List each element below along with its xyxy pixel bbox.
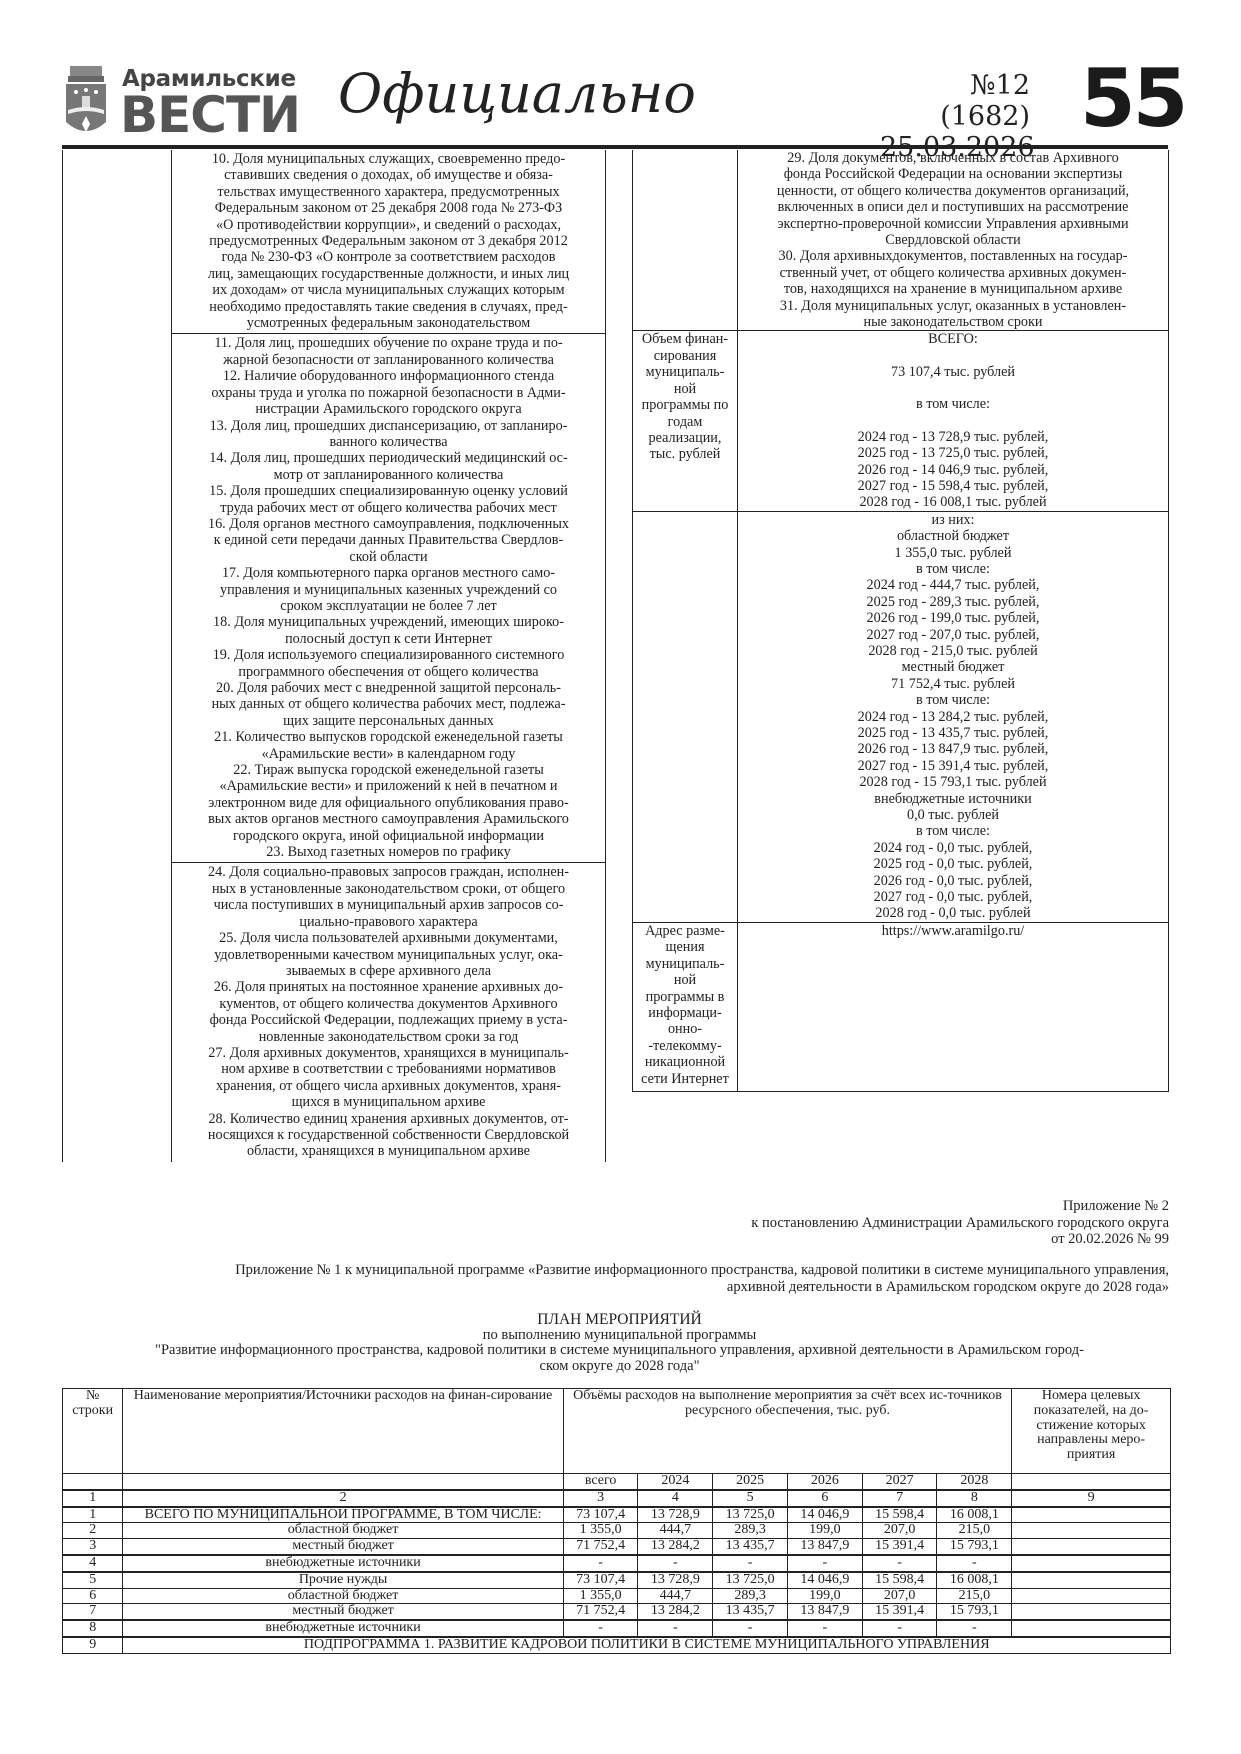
indicator-text-line: ставивших сведения о доходах, об имущест… bbox=[175, 167, 602, 183]
indicator-text-line: ценности, от общего количества документо… bbox=[740, 183, 1166, 199]
column-number-cell: 8 bbox=[937, 1490, 1012, 1507]
indicator-text-line: области, хранящихся в муниципальном архи… bbox=[175, 1143, 602, 1159]
subprogram-row: 9ПОДПРОГРАММА 1. РАЗВИТИЕ КАДРОВОЙ ПОЛИТ… bbox=[63, 1637, 1171, 1653]
year-header-cell: всего bbox=[563, 1474, 638, 1490]
value-cell: 199,0 bbox=[787, 1523, 862, 1539]
column-number-cell: 9 bbox=[1012, 1490, 1171, 1507]
indicator-text-line: 13. Доля лиц, прошедших диспансеризацию,… bbox=[175, 418, 602, 434]
indicator-text-line: тельствах имущественного характера, пред… bbox=[175, 184, 602, 200]
table-row: 7местный бюджет71 752,413 284,213 435,71… bbox=[63, 1604, 1171, 1620]
row-number-cell: 5 bbox=[63, 1572, 123, 1588]
label-line: программы по bbox=[635, 397, 735, 413]
indicator-text-line: 23. Выход газетных номеров по графику bbox=[175, 844, 602, 860]
indicator-text-line: зываемых в сфере архивного дела bbox=[175, 963, 602, 979]
indicator-text-line: охраны труда и уголка по пожарной безопа… bbox=[175, 385, 602, 401]
label-line: Адрес разме- bbox=[635, 923, 735, 939]
indicator-text-line: 26. Доля принятых на постоянное хранение… bbox=[175, 979, 602, 995]
table-header-row: № строки Наименование мероприятия/Источн… bbox=[63, 1389, 1171, 1474]
page-number: 55 bbox=[1080, 52, 1185, 145]
indicator-text-line: полосный доступ к сети Интернет bbox=[175, 631, 602, 647]
table-row: 5Прочие нужды73 107,413 728,913 725,014 … bbox=[63, 1572, 1171, 1588]
row-name-cell: внебюджетные источники bbox=[123, 1620, 563, 1637]
value-cell: 15 793,1 bbox=[937, 1539, 1012, 1555]
row-number-cell: 6 bbox=[63, 1588, 123, 1604]
value-cell: - bbox=[937, 1555, 1012, 1572]
funding-incl-label: в том числе: bbox=[740, 396, 1166, 412]
column-number-row: 123456789 bbox=[63, 1490, 1171, 1507]
value-cell: 13 435,7 bbox=[713, 1539, 788, 1555]
header-name: Наименование мероприятия/Источники расхо… bbox=[123, 1389, 563, 1474]
funding-source-line: 2028 год - 215,0 тыс. рублей bbox=[740, 643, 1166, 659]
indicator-text-line: 27. Доля архивных документов, хранящихся… bbox=[175, 1045, 602, 1061]
column-number-cell: 5 bbox=[713, 1490, 788, 1507]
table-row: 3местный бюджет71 752,413 284,213 435,71… bbox=[63, 1539, 1171, 1555]
value-cell: - bbox=[713, 1620, 788, 1637]
indicator-text-line: кументов, от общего количества документо… bbox=[175, 996, 602, 1012]
label-line: -телекомму- bbox=[635, 1038, 735, 1054]
funding-sources-cell: из них:областной бюджет1 355,0 тыс. рубл… bbox=[738, 511, 1169, 922]
funding-source-line: в том числе: bbox=[740, 823, 1166, 839]
value-cell: 16 008,1 bbox=[937, 1507, 1012, 1523]
targets-cell bbox=[1012, 1555, 1171, 1572]
indicator-text-line: 19. Доля используемого специализированно… bbox=[175, 647, 602, 663]
label-line: никационной bbox=[635, 1054, 735, 1070]
appendix-1-header: Приложение № 1 к муниципальной программе… bbox=[70, 1262, 1169, 1296]
row-number-cell: 2 bbox=[63, 1523, 123, 1539]
city-crest-icon bbox=[64, 64, 108, 140]
indicator-text-line: включенных в описи дел и поступивших на … bbox=[740, 199, 1166, 215]
table-row: 10. Доля муниципальных служащих, своевре… bbox=[63, 150, 606, 334]
label-line: муниципаль- bbox=[635, 956, 735, 972]
indicator-text-line: ные законодательством сроки bbox=[740, 314, 1166, 330]
indicator-text-line: Свердловской области bbox=[740, 232, 1166, 248]
empty-label-cell bbox=[633, 150, 738, 331]
value-cell: 14 046,9 bbox=[787, 1572, 862, 1588]
indicator-text-line: ванного количества bbox=[175, 434, 602, 450]
funding-source-line: 2025 год - 13 435,7 тыс. рублей, bbox=[740, 725, 1166, 741]
label-line: онно- bbox=[635, 1021, 735, 1037]
indicator-text-line: 15. Доля прошедших специализированную оц… bbox=[175, 483, 602, 499]
indicator-text-line: 21. Количество выпусков городской еженед… bbox=[175, 729, 602, 745]
value-cell: 73 107,4 bbox=[563, 1572, 638, 1588]
table-row: 1ВСЕГО ПО МУНИЦИПАЛЬНОЙ ПРОГРАММЕ, В ТОМ… bbox=[63, 1507, 1171, 1523]
indicator-text-line: щихся в муниципальном архиве bbox=[175, 1094, 602, 1110]
funding-source-line: 2025 год - 0,0 тыс. рублей, bbox=[740, 856, 1166, 872]
address-label-cell: Адрес разме-щениямуниципаль-нойпрограммы… bbox=[633, 922, 738, 1091]
table-year-header-row: всего20242025202620272028 bbox=[63, 1474, 1171, 1490]
appendix-line: от 20.02.2026 № 99 bbox=[751, 1231, 1169, 1248]
subprogram-title-cell: ПОДПРОГРАММА 1. РАЗВИТИЕ КАДРОВОЙ ПОЛИТИ… bbox=[123, 1637, 1171, 1653]
empty-label-cell bbox=[633, 511, 738, 922]
indicator-text-line: труда рабочих мест от общего количества … bbox=[175, 500, 602, 516]
indicator-text-line: нистрации Арамильского городского округа bbox=[175, 401, 602, 417]
value-cell: 215,0 bbox=[937, 1588, 1012, 1604]
indicator-text-line: предусмотренных Федеральным законом от 3… bbox=[175, 233, 602, 249]
funding-source-line: 2028 год - 15 793,1 тыс. рублей bbox=[740, 774, 1166, 790]
targets-cell bbox=[1012, 1604, 1171, 1620]
indicator-text-line: 18. Доля муниципальных учреждений, имеющ… bbox=[175, 614, 602, 630]
funding-source-line: областной бюджет bbox=[740, 528, 1166, 544]
table-row: 29. Доля документов, включенных в состав… bbox=[633, 150, 1169, 331]
targets-cell bbox=[1012, 1523, 1171, 1539]
appendix-line: Приложение № 2 bbox=[751, 1198, 1169, 1215]
label-line: муниципаль- bbox=[635, 364, 735, 380]
target-indicators-table-left: 10. Доля муниципальных служащих, своевре… bbox=[62, 150, 606, 1162]
appendix-line: Приложение № 1 к муниципальной программе… bbox=[70, 1262, 1169, 1279]
row-name-cell: ВСЕГО ПО МУНИЦИПАЛЬНОЙ ПРОГРАММЕ, В ТОМ … bbox=[123, 1507, 563, 1523]
value-cell: 289,3 bbox=[713, 1523, 788, 1539]
column-number-cell: 6 bbox=[787, 1490, 862, 1507]
indicator-text-line: лиц, замещающих государственные должност… bbox=[175, 266, 602, 282]
indicator-text-line: управления и муниципальных казенных учре… bbox=[175, 582, 602, 598]
indicator-text-line: усмотренных федеральным законодательство… bbox=[175, 315, 602, 331]
indicator-text-line: 11. Доля лиц, прошедших обучение по охра… bbox=[175, 335, 602, 351]
indicator-text-line: щих защите персональных данных bbox=[175, 713, 602, 729]
value-cell: 199,0 bbox=[787, 1588, 862, 1604]
label-line: Объем финан- bbox=[635, 331, 735, 347]
indicator-text-line: «О противодействии коррупции», и сведени… bbox=[175, 217, 602, 233]
indicator-text-line: фонда Российской Федерации, подлежащих п… bbox=[175, 1012, 602, 1028]
value-cell: - bbox=[638, 1620, 713, 1637]
column-number-cell: 4 bbox=[638, 1490, 713, 1507]
value-cell: 215,0 bbox=[937, 1523, 1012, 1539]
header-row-no: № строки bbox=[63, 1389, 123, 1474]
targets-cell bbox=[1012, 1588, 1171, 1604]
indicator-text-line: числа поступивших в муниципальный архив … bbox=[175, 897, 602, 913]
indicator-text-line: года № 230-ФЗ «О контроле за соответстви… bbox=[175, 249, 602, 265]
table-row: Адрес разме-щениямуниципаль-нойпрограммы… bbox=[633, 922, 1169, 1091]
indicator-text-line: необходимо предоставлять такие сведения … bbox=[175, 299, 602, 315]
empty-label-cell bbox=[63, 863, 172, 1162]
funding-year-line: 2025 год - 13 725,0 тыс. рублей, bbox=[740, 445, 1166, 461]
program-name-line: "Развитие информационного пространства, … bbox=[70, 1343, 1169, 1359]
indicator-text-line: 16. Доля органов местного самоуправления… bbox=[175, 516, 602, 532]
funding-label-cell: Объем финан-сированиямуниципаль-нойпрогр… bbox=[633, 331, 738, 511]
label-line: ной bbox=[635, 381, 735, 397]
table-row: из них:областной бюджет1 355,0 тыс. рубл… bbox=[633, 511, 1169, 922]
value-cell: 13 284,2 bbox=[638, 1604, 713, 1620]
indicator-text-line: циально-правового характера bbox=[175, 914, 602, 930]
appendix-line: к постановлению Администрации Арамильско… bbox=[751, 1215, 1169, 1232]
empty-cell bbox=[123, 1474, 563, 1490]
value-cell: 15 391,4 bbox=[862, 1604, 937, 1620]
header-targets: Номера целевых показателей, на до-стижен… bbox=[1012, 1389, 1171, 1474]
value-cell: - bbox=[638, 1555, 713, 1572]
empty-label-cell bbox=[63, 150, 172, 334]
indicator-text-line: новленные законодательством сроки за год bbox=[175, 1029, 602, 1045]
indicator-text-line: ном архиве в соответствии с требованиями… bbox=[175, 1061, 602, 1077]
targets-cell bbox=[1012, 1507, 1171, 1523]
row-name-cell: местный бюджет bbox=[123, 1604, 563, 1620]
row-number-cell: 7 bbox=[63, 1604, 123, 1620]
masthead: Арамильские ВЕСТИ Официально №12 (1682) … bbox=[60, 58, 1170, 148]
funding-total-cell: ВСЕГО: 73 107,4 тыс. рублей в том числе:… bbox=[738, 331, 1169, 511]
indicator-text-line: 30. Доля архивныхдокументов, поставленны… bbox=[740, 248, 1166, 264]
section-title: Официально bbox=[338, 62, 696, 125]
funding-source-line: 2026 год - 13 847,9 тыс. рублей, bbox=[740, 741, 1166, 757]
appendix-2-header: Приложение № 2к постановлению Администра… bbox=[751, 1198, 1169, 1248]
indicator-text-line: экспертно-проверочной комиссии Управлени… bbox=[740, 216, 1166, 232]
row-number-cell: 1 bbox=[63, 1507, 123, 1523]
value-cell: 13 725,0 bbox=[713, 1507, 788, 1523]
plan-heading: ПЛАН МЕРОПРИЯТИЙ по выполнению муниципал… bbox=[70, 1312, 1169, 1374]
targets-cell bbox=[1012, 1620, 1171, 1637]
indicator-text-line: 20. Доля рабочих мест с внедренной защит… bbox=[175, 680, 602, 696]
funding-source-line: местный бюджет bbox=[740, 659, 1166, 675]
value-cell: - bbox=[713, 1555, 788, 1572]
funding-source-line: 2026 год - 199,0 тыс. рублей, bbox=[740, 610, 1166, 626]
indicator-text-line: Федеральным законом от 25 декабря 2008 г… bbox=[175, 200, 602, 216]
program-name-line: ском округе до 2028 года" bbox=[70, 1359, 1169, 1375]
value-cell: 15 793,1 bbox=[937, 1604, 1012, 1620]
indicator-text-line: их доходам» от числа муниципальных служа… bbox=[175, 282, 602, 298]
indicator-text-line: хранения, от общего числа архивных докум… bbox=[175, 1078, 602, 1094]
table-row: 2областной бюджет1 355,0444,7289,3199,02… bbox=[63, 1523, 1171, 1539]
plan-subtitle: по выполнению муниципальной программы bbox=[70, 1328, 1169, 1344]
indicator-text-line: 25. Доля числа пользователей архивными д… bbox=[175, 930, 602, 946]
value-cell: - bbox=[563, 1555, 638, 1572]
value-cell: 71 752,4 bbox=[563, 1539, 638, 1555]
issue-number: №12 (1682) bbox=[880, 70, 1030, 132]
value-cell: - bbox=[787, 1620, 862, 1637]
funding-source-line: 2026 год - 0,0 тыс. рублей, bbox=[740, 873, 1166, 889]
value-cell: - bbox=[787, 1555, 862, 1572]
row-name-cell: областной бюджет bbox=[123, 1588, 563, 1604]
indicator-text-line: 28. Количество единиц хранения архивных … bbox=[175, 1111, 602, 1127]
value-cell: 13 725,0 bbox=[713, 1572, 788, 1588]
funding-source-line: в том числе: bbox=[740, 692, 1166, 708]
indicator-text-line: 24. Доля социально-правовых запросов гра… bbox=[175, 864, 602, 880]
header-divider bbox=[62, 145, 1168, 149]
table-row: 24. Доля социально-правовых запросов гра… bbox=[63, 863, 606, 1162]
year-header-cell: 2025 bbox=[713, 1474, 788, 1490]
row-number-cell: 3 bbox=[63, 1539, 123, 1555]
table-row: 4внебюджетные источники------ bbox=[63, 1555, 1171, 1572]
label-line: информаци- bbox=[635, 1005, 735, 1021]
funding-source-line: 0,0 тыс. рублей bbox=[740, 807, 1166, 823]
indicator-text-line: ных в установленные законодательством ср… bbox=[175, 881, 602, 897]
funding-source-line: 2024 год - 13 284,2 тыс. рублей, bbox=[740, 709, 1166, 725]
table-row: 6областной бюджет1 355,0444,7289,3199,02… bbox=[63, 1588, 1171, 1604]
indicator-text-line: электронном виде для официального опубли… bbox=[175, 795, 602, 811]
indicator-text-line: «Арамильские вести» в календарном году bbox=[175, 746, 602, 762]
header-volumes: Объёмы расходов на выполнение мероприяти… bbox=[563, 1389, 1012, 1474]
funding-source-line: 2024 год - 0,0 тыс. рублей, bbox=[740, 840, 1166, 856]
value-cell: 14 046,9 bbox=[787, 1507, 862, 1523]
indicators-cell: 11. Доля лиц, прошедших обучение по охра… bbox=[172, 334, 606, 863]
indicator-text-line: «Арамильские вести» и приложений к ней в… bbox=[175, 778, 602, 794]
table-row: 11. Доля лиц, прошедших обучение по охра… bbox=[63, 334, 606, 863]
indicator-text-line: 14. Доля лиц, прошедших периодический ме… bbox=[175, 450, 602, 466]
column-number-cell: 3 bbox=[563, 1490, 638, 1507]
column-number-cell: 1 bbox=[63, 1490, 123, 1507]
funding-year-line: 2027 год - 15 598,4 тыс. рублей, bbox=[740, 478, 1166, 494]
value-cell: 13 728,9 bbox=[638, 1572, 713, 1588]
row-name-cell: Прочие нужды bbox=[123, 1572, 563, 1588]
funding-source-line: 2024 год - 444,7 тыс. рублей, bbox=[740, 577, 1166, 593]
table-row: Объем финан-сированиямуниципаль-нойпрогр… bbox=[633, 331, 1169, 511]
funding-year-line: 2024 год - 13 728,9 тыс. рублей, bbox=[740, 429, 1166, 445]
value-cell: 444,7 bbox=[638, 1523, 713, 1539]
indicator-text-line: тов, находящихся на хранение в муниципал… bbox=[740, 281, 1166, 297]
indicator-text-line: ской области bbox=[175, 549, 602, 565]
funding-source-line: 2027 год - 0,0 тыс. рублей, bbox=[740, 889, 1166, 905]
indicators-cell: 24. Доля социально-правовых запросов гра… bbox=[172, 863, 606, 1162]
indicator-text-line: вых актов органов местного самоуправлени… bbox=[175, 811, 602, 827]
funding-source-line: из них: bbox=[740, 512, 1166, 528]
indicator-text-line: удовлетворенными качеством муниципальных… bbox=[175, 947, 602, 963]
value-cell: 1 355,0 bbox=[563, 1588, 638, 1604]
funding-source-line: 71 752,4 тыс. рублей bbox=[740, 676, 1166, 692]
plan-program-name: "Развитие информационного пространства, … bbox=[70, 1343, 1169, 1374]
value-cell: 16 008,1 bbox=[937, 1572, 1012, 1588]
value-cell: 207,0 bbox=[862, 1588, 937, 1604]
indicator-text-line: ственный учет, от общего количества архи… bbox=[740, 265, 1166, 281]
label-line: ной bbox=[635, 972, 735, 988]
value-cell: 13 284,2 bbox=[638, 1539, 713, 1555]
value-cell: 289,3 bbox=[713, 1588, 788, 1604]
program-passport-table-right: 29. Доля документов, включенных в состав… bbox=[632, 150, 1169, 1092]
value-cell: - bbox=[862, 1555, 937, 1572]
label-line: тыс. рублей bbox=[635, 446, 735, 462]
program-website-link[interactable]: https://www.aramilgo.ru/ bbox=[882, 923, 1025, 939]
value-cell: 444,7 bbox=[638, 1588, 713, 1604]
address-value-cell: https://www.aramilgo.ru/ bbox=[738, 922, 1169, 1091]
value-cell: 15 391,4 bbox=[862, 1539, 937, 1555]
indicator-text-line: 29. Доля документов, включенных в состав… bbox=[740, 150, 1166, 166]
targets-cell: 29. Доля документов, включенных в состав… bbox=[738, 150, 1169, 331]
row-name-cell: местный бюджет bbox=[123, 1539, 563, 1555]
indicator-text-line: сроком эксплуатации не более 7 лет bbox=[175, 598, 602, 614]
indicator-text-line: мотр от запланированного количества bbox=[175, 467, 602, 483]
funding-source-line: 2027 год - 15 391,4 тыс. рублей, bbox=[740, 758, 1166, 774]
value-cell: 73 107,4 bbox=[563, 1507, 638, 1523]
indicator-text-line: жарной безопасности от запланированного … bbox=[175, 352, 602, 368]
funding-source-line: внебюджетные источники bbox=[740, 791, 1166, 807]
year-header-cell: 2024 bbox=[638, 1474, 713, 1490]
row-name-cell: внебюджетные источники bbox=[123, 1555, 563, 1572]
paper-name-big: ВЕСТИ bbox=[120, 88, 300, 142]
label-line: сети Интернет bbox=[635, 1071, 735, 1087]
value-cell: 13 728,9 bbox=[638, 1507, 713, 1523]
label-line: щения bbox=[635, 939, 735, 955]
value-cell: 13 847,9 bbox=[787, 1539, 862, 1555]
funding-year-line: 2028 год - 16 008,1 тыс. рублей bbox=[740, 494, 1166, 510]
indicator-text-line: городского округа, иной официальной инфо… bbox=[175, 828, 602, 844]
funding-source-line: в том числе: bbox=[740, 561, 1166, 577]
indicator-text-line: 31. Доля муниципальных услуг, оказанных … bbox=[740, 298, 1166, 314]
row-name-cell: областной бюджет bbox=[123, 1523, 563, 1539]
row-number-cell: 8 bbox=[63, 1620, 123, 1637]
row-number-cell: 9 bbox=[63, 1637, 123, 1653]
column-number-cell: 7 bbox=[862, 1490, 937, 1507]
value-cell: 13 435,7 bbox=[713, 1604, 788, 1620]
year-header-cell: 2026 bbox=[787, 1474, 862, 1490]
label-line: годам bbox=[635, 414, 735, 430]
indicator-text-line: 12. Наличие оборудованного информационно… bbox=[175, 368, 602, 384]
value-cell: 1 355,0 bbox=[563, 1523, 638, 1539]
funding-source-line: 2028 год - 0,0 тыс. рублей bbox=[740, 905, 1166, 921]
indicators-cell: 10. Доля муниципальных служащих, своевре… bbox=[172, 150, 606, 334]
value-cell: 13 847,9 bbox=[787, 1604, 862, 1620]
funding-source-line: 1 355,0 тыс. рублей bbox=[740, 545, 1166, 561]
row-number-cell: 4 bbox=[63, 1555, 123, 1572]
plan-title: ПЛАН МЕРОПРИЯТИЙ bbox=[70, 1312, 1169, 1328]
value-cell: 71 752,4 bbox=[563, 1604, 638, 1620]
label-line: сирования bbox=[635, 348, 735, 364]
value-cell: - bbox=[937, 1620, 1012, 1637]
value-cell: 15 598,4 bbox=[862, 1507, 937, 1523]
indicator-text-line: к единой сети передачи данных Правительс… bbox=[175, 532, 602, 548]
year-header-cell: 2028 bbox=[937, 1474, 1012, 1490]
label-line: программы в bbox=[635, 989, 735, 1005]
table-row: 8внебюджетные источники------ bbox=[63, 1620, 1171, 1637]
funding-source-line: 2025 год - 289,3 тыс. рублей, bbox=[740, 594, 1166, 610]
indicator-text-line: 17. Доля компьютерного парка органов мес… bbox=[175, 565, 602, 581]
appendix-line: архивной деятельности в Арамильском горо… bbox=[70, 1279, 1169, 1296]
indicator-text-line: 10. Доля муниципальных служащих, своевре… bbox=[175, 151, 602, 167]
funding-total-value: 73 107,4 тыс. рублей bbox=[740, 364, 1166, 380]
indicator-text-line: фонда Российской Федерации на основании … bbox=[740, 166, 1166, 182]
empty-label-cell bbox=[63, 334, 172, 863]
value-cell: 15 598,4 bbox=[862, 1572, 937, 1588]
funding-source-line: 2027 год - 207,0 тыс. рублей, bbox=[740, 627, 1166, 643]
year-header-cell: 2027 bbox=[862, 1474, 937, 1490]
value-cell: - bbox=[862, 1620, 937, 1637]
label-line: реализации, bbox=[635, 430, 735, 446]
newspaper-logo: Арамильские ВЕСТИ bbox=[64, 64, 214, 144]
plan-of-activities-table: № строки Наименование мероприятия/Источн… bbox=[62, 1388, 1171, 1654]
value-cell: 207,0 bbox=[862, 1523, 937, 1539]
targets-cell bbox=[1012, 1572, 1171, 1588]
indicator-text-line: программного обеспечения от общего колич… bbox=[175, 664, 602, 680]
indicator-text-line: ных данных от общего количества рабочих … bbox=[175, 696, 602, 712]
empty-cell bbox=[1012, 1474, 1171, 1490]
funding-total-title: ВСЕГО: bbox=[740, 331, 1166, 347]
indicator-text-line: 22. Тираж выпуска городской еженедельной… bbox=[175, 762, 602, 778]
indicator-text-line: носящихся к государственной собственност… bbox=[175, 1127, 602, 1143]
targets-cell bbox=[1012, 1539, 1171, 1555]
funding-year-line: 2026 год - 14 046,9 тыс. рублей, bbox=[740, 462, 1166, 478]
column-number-cell: 2 bbox=[123, 1490, 563, 1507]
value-cell: - bbox=[563, 1620, 638, 1637]
empty-cell bbox=[63, 1474, 123, 1490]
